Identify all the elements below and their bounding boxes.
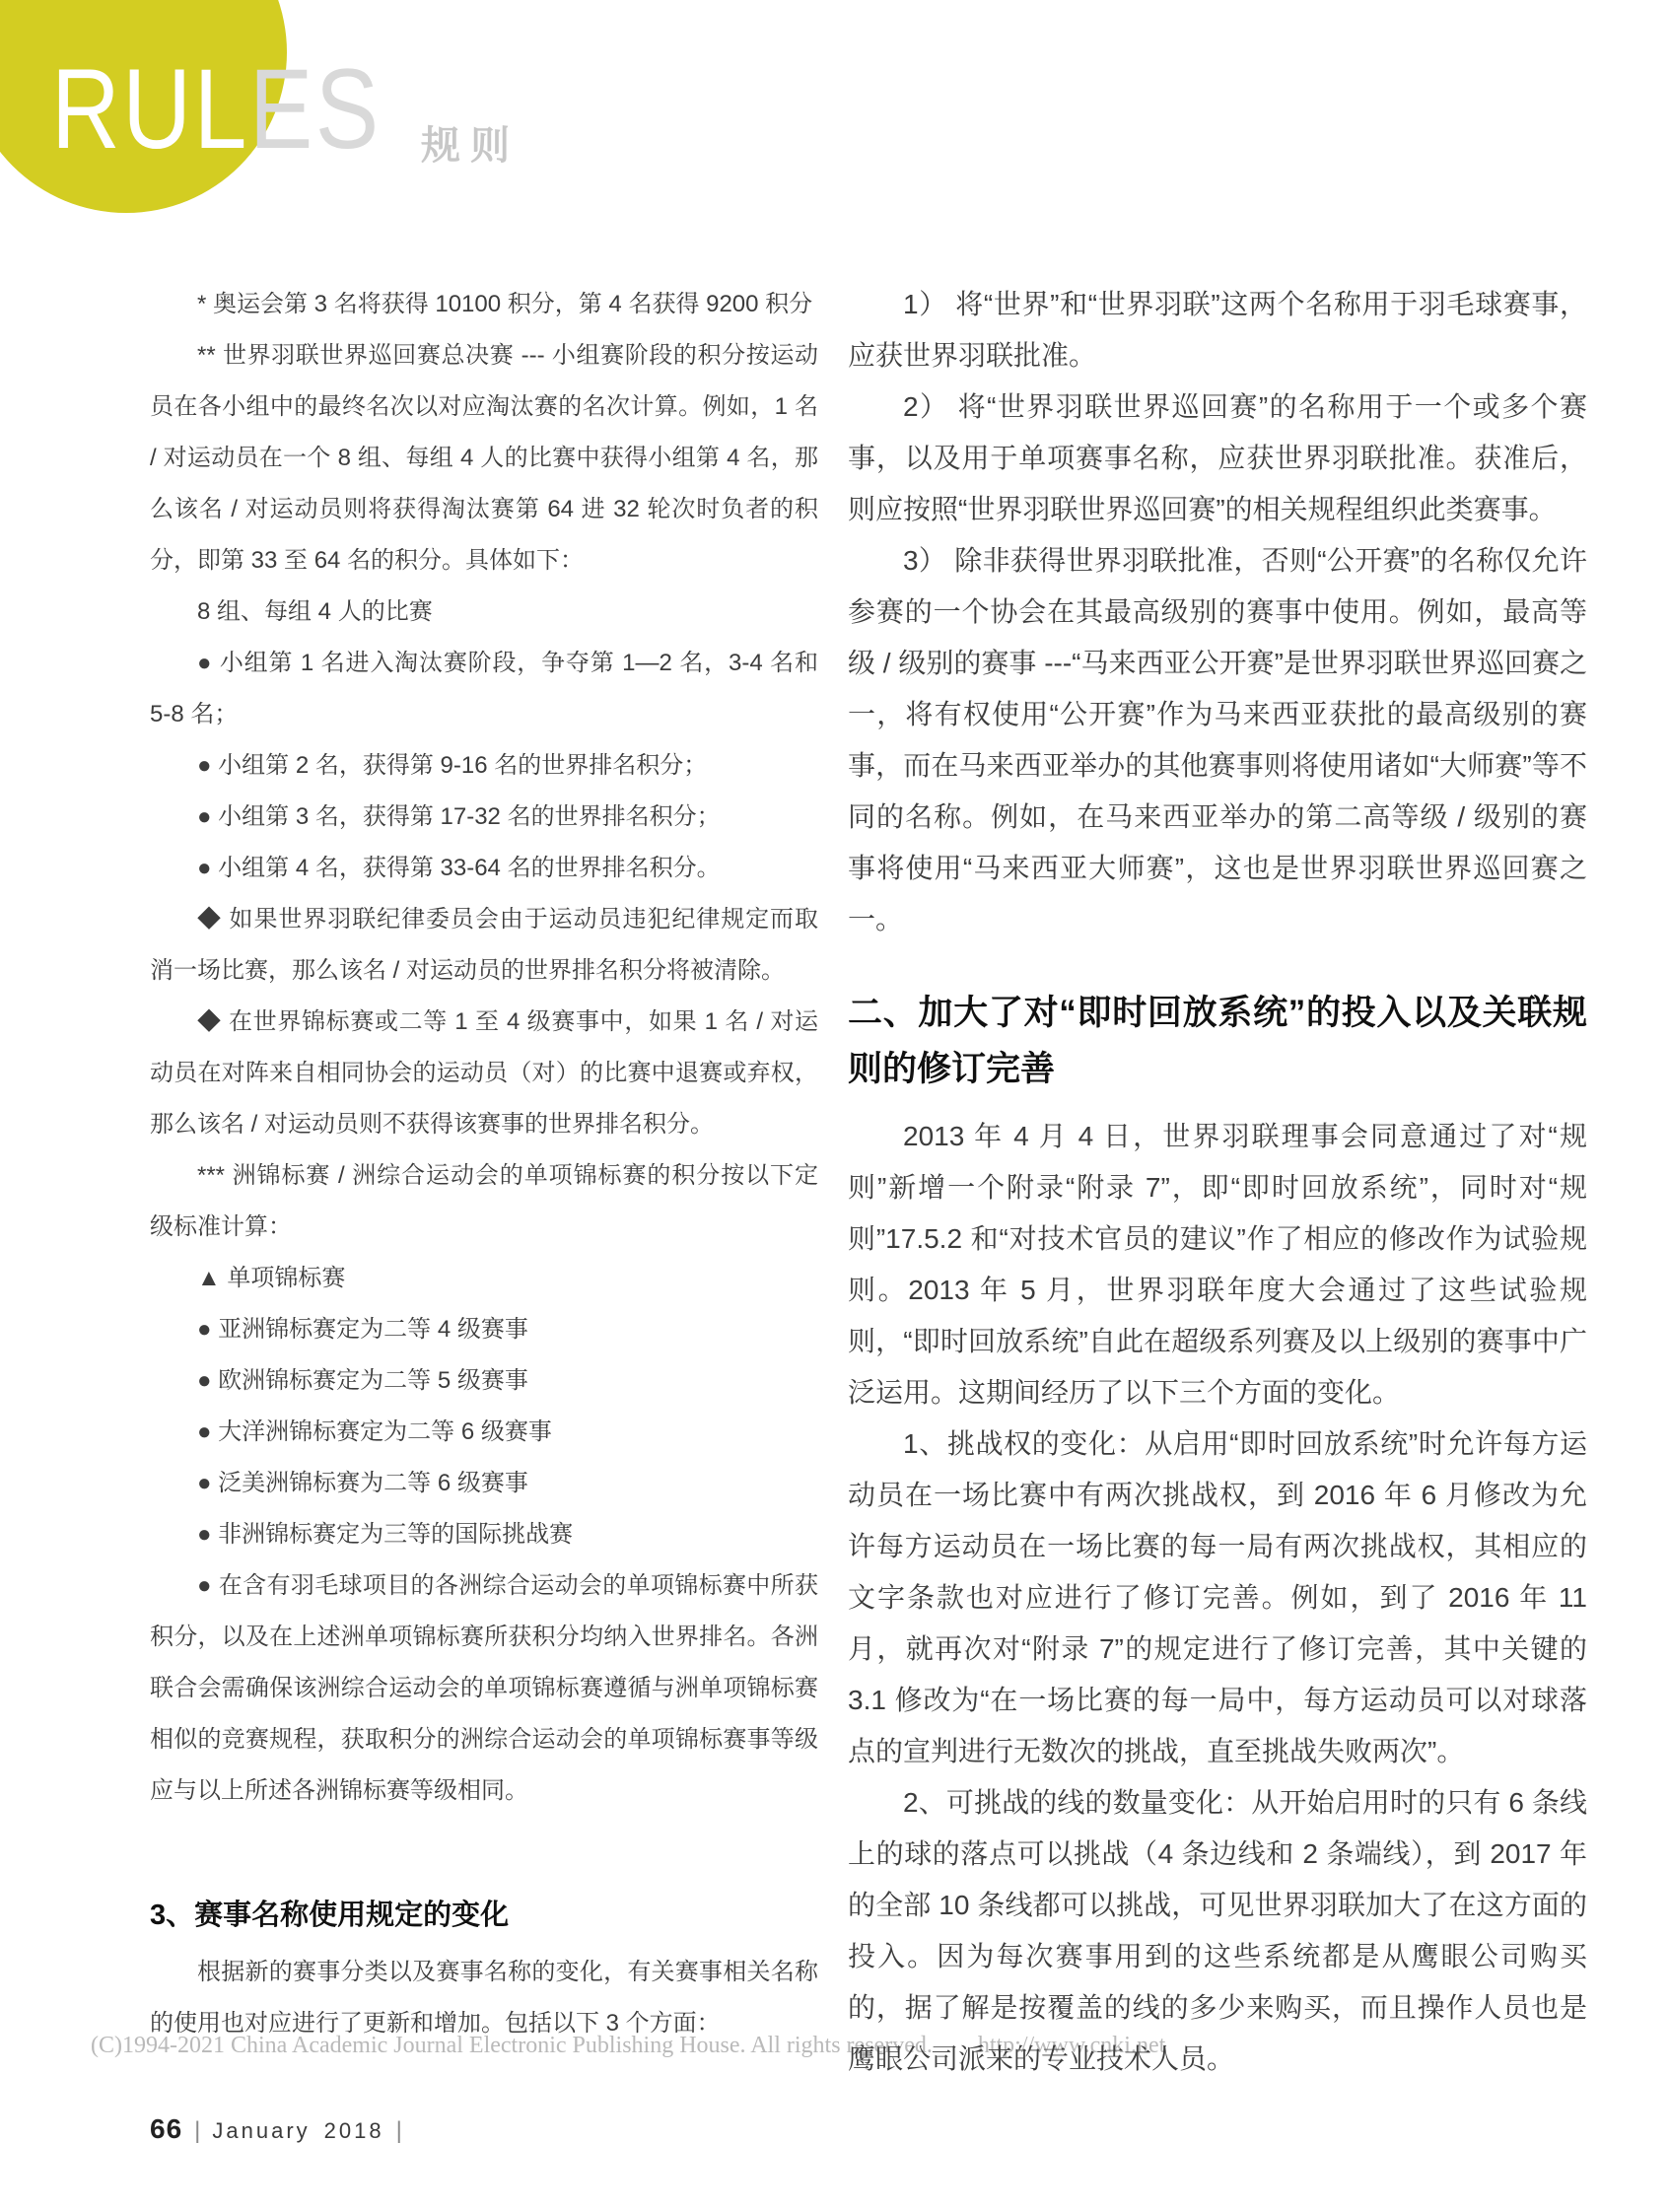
text-block: ● 小组第 2 名，获得第 9-16 名的世界排名积分； bbox=[150, 740, 818, 792]
right-column: 1） 将“世界”和“世界羽联”这两个名称用于羽毛球赛事，应获世界羽联批准。2） … bbox=[848, 279, 1587, 2085]
text-block: 2013 年 4 月 4 日，世界羽联理事会同意通过了对“规则”新增一个附录“附… bbox=[848, 1111, 1587, 1418]
text-block: 8 组、每组 4 人的比赛 bbox=[150, 587, 818, 638]
page-title-es: ES bbox=[249, 46, 382, 173]
text-block: 1、挑战权的变化：从启用“即时回放系统”时允许每方运动员在一场比赛中有两次挑战权… bbox=[848, 1418, 1587, 1777]
text-block: *** 洲锦标赛 / 洲综合运动会的单项锦标赛的积分按以下定级标准计算： bbox=[150, 1150, 818, 1253]
footer-separator: | bbox=[396, 2117, 402, 2145]
text-block: 2） 将“世界羽联世界巡回赛”的名称用于一个或多个赛事，以及用于单项赛事名称，应… bbox=[848, 381, 1587, 535]
text-block: ◆ 在世界锦标赛或二等 1 至 4 级赛事中，如果 1 名 / 对运动员在对阵来… bbox=[150, 997, 818, 1150]
page-title-rul: RUL bbox=[51, 46, 249, 173]
text-block: ● 欧洲锦标赛定为二等 5 级赛事 bbox=[150, 1355, 818, 1407]
text-block: ● 小组第 1 名进入淘汰赛阶段，争夺第 1—2 名，3-4 名和 5-8 名； bbox=[150, 638, 818, 740]
text-block: ▲ 单项锦标赛 bbox=[150, 1253, 818, 1304]
text-block: * 奥运会第 3 名将获得 10100 积分，第 4 名获得 9200 积分 bbox=[150, 279, 818, 330]
text-block: 二、加大了对“即时回放系统”的投入以及关联规则的修订完善 bbox=[848, 985, 1587, 1097]
text-block: ● 在含有羽毛球项目的各洲综合运动会的单项锦标赛中所获积分，以及在上述洲单项锦标… bbox=[150, 1560, 818, 1817]
footer-separator: | bbox=[194, 2117, 200, 2145]
text-block: ● 泛美洲锦标赛为二等 6 级赛事 bbox=[150, 1458, 818, 1509]
text-block: 3、赛事名称使用规定的变化 bbox=[150, 1894, 818, 1937]
issue-year: 2018 bbox=[324, 2118, 384, 2144]
text-block: ● 大洋洲锦标赛定为二等 6 级赛事 bbox=[150, 1407, 818, 1458]
text-block: ◆ 如果世界羽联纪律委员会由于运动员违犯纪律规定而取消一场比赛，那么该名 / 对… bbox=[150, 894, 818, 997]
text-block: ** 世界羽联世界巡回赛总决赛 --- 小组赛阶段的积分按运动员在各小组中的最终… bbox=[150, 330, 818, 587]
text-block: ● 小组第 3 名，获得第 17-32 名的世界排名积分； bbox=[150, 792, 818, 843]
text-block: ● 小组第 4 名，获得第 33-64 名的世界排名积分。 bbox=[150, 843, 818, 894]
text-block: 根据新的赛事分类以及赛事名称的变化，有关赛事相关名称的使用也对应进行了更新和增加… bbox=[150, 1947, 818, 2049]
page-number: 66 bbox=[150, 2113, 182, 2145]
issue-month: January bbox=[212, 2118, 310, 2144]
text-block: 2、可挑战的线的数量变化：从开始启用时的只有 6 条线上的球的落点可以挑战（4 … bbox=[848, 1777, 1587, 2085]
text-block: 3） 除非获得世界羽联批准，否则“公开赛”的名称仅允许参赛的一个协会在其最高级别… bbox=[848, 535, 1587, 945]
page-footer: 66 | January 2018 | bbox=[150, 2113, 414, 2145]
text-block: 1） 将“世界”和“世界羽联”这两个名称用于羽毛球赛事，应获世界羽联批准。 bbox=[848, 279, 1587, 381]
left-column: * 奥运会第 3 名将获得 10100 积分，第 4 名获得 9200 积分**… bbox=[150, 279, 818, 2049]
page-title: RULES bbox=[51, 53, 382, 167]
text-block: ● 亚洲锦标赛定为二等 4 级赛事 bbox=[150, 1304, 818, 1355]
text-block: ● 非洲锦标赛定为三等的国际挑战赛 bbox=[150, 1509, 818, 1560]
page-subtitle-zh: 规则 bbox=[421, 114, 520, 171]
